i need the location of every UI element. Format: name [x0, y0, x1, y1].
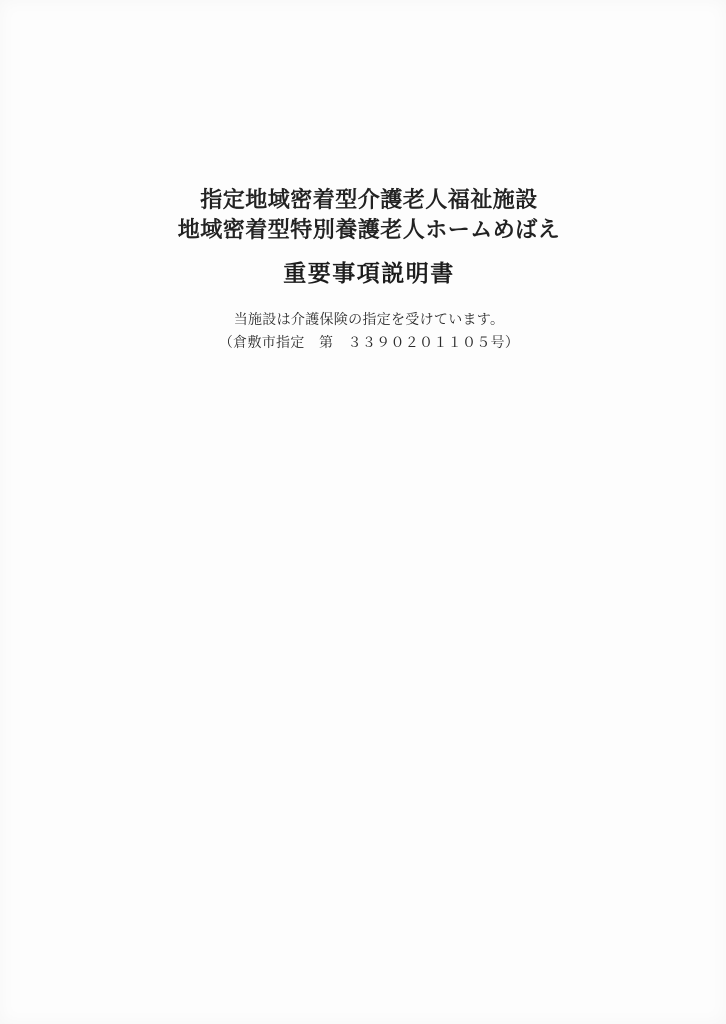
document-page: 指定地域密着型介護老人福祉施設 地域密着型特別養護老人ホームめばえ 重要事項説明…: [0, 0, 726, 1024]
facility-name-line: 地域密着型特別養護老人ホームめばえ: [12, 215, 726, 245]
title-block: 指定地域密着型介護老人福祉施設 地域密着型特別養護老人ホームめばえ 重要事項説明…: [0, 185, 726, 355]
document-heading: 重要事項説明書: [12, 259, 726, 289]
designation-number-note: （倉敷市指定 第 ３３９０２０１１０５号）: [12, 332, 726, 355]
insurance-designation-note: 当施設は介護保険の指定を受けています。: [12, 309, 726, 332]
note-block: 当施設は介護保険の指定を受けています。 （倉敷市指定 第 ３３９０２０１１０５号…: [12, 309, 726, 355]
facility-type-line: 指定地域密着型介護老人福祉施設: [12, 185, 726, 215]
